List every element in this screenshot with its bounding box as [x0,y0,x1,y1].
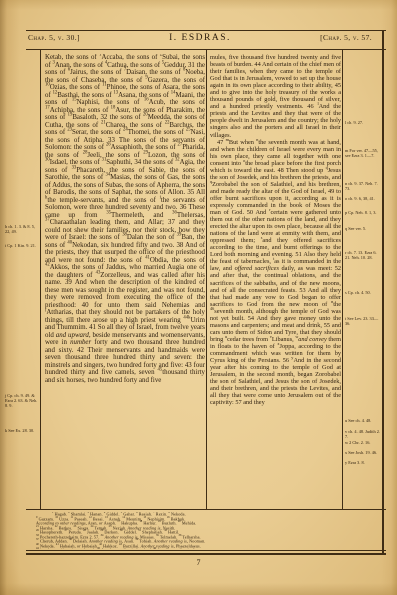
margin-reference-note: k See Ex. 28. 30. [5,428,38,433]
book-title: I. ESDRAS. [169,33,231,43]
margin-reference-note: i Cp. 1 Kin. 9. 21. [5,243,38,248]
page-number: 7 [0,558,397,567]
margin-reference-note: n ch. 9. 37. Neh. 7. 73. [345,181,382,191]
text-column-right: mules, five thousand five hundred twenty… [210,54,341,507]
verse-paragraph: mules, five thousand five hundred twenty… [210,54,341,139]
verse-paragraph: 47 mBut when nthe seventh month was at h… [210,139,341,407]
margin-reference-note: j Cp. ch. 9. 49. & Ezra 2. 63. & Neh. 8.… [5,393,38,408]
margin-reference-note: u See ch. 4. 48. [345,418,382,423]
right-margin-references: l ch. 9. 27.m For ver. 47—55, see Ezra 3… [345,50,382,509]
margin-reference-note: q See ver. 5. [345,226,382,231]
margin-reference-note: t See Lev. 23. 33—36. [345,316,382,326]
footnote-line: 44 i.e. the manifestation and truth. 45 … [36,548,374,549]
footnote-block: 1 Hagab. 2 Shamlai. 3 Hanan. 4 Giddel. 5… [36,512,374,549]
left-margin-references: h ch. 1. 3. & 8. 5, 22, 49.i Cp. 1 Kin. … [5,50,38,509]
margin-reference-note: x See Josh. 19. 46. [345,450,382,455]
column-divider-rule [206,50,207,509]
top-rule [26,30,386,31]
scanned-book-page: Chap. 5, v. 30.] I. ESDRAS. [Chap. 5, v.… [0,0,397,595]
right-margin-rule [342,50,343,509]
margin-reference-note: p Cp. Neh. 8. 1, 3. [345,210,382,215]
margin-reference-note: h ch. 1. 3. & 8. 5, 22, 49. [5,224,38,234]
margin-reference-note: s Cp. ch. 4. 50. [345,290,382,295]
page-header: Chap. 5, v. 30.] I. ESDRAS. [Chap. 5, v.… [28,33,372,48]
margin-reference-note: w 2 Chr. 2. 16. [345,440,382,445]
outer-right-rule [382,30,384,555]
margin-reference-note: m For ver. 47—55, see Ezra 3. 1—7. [345,148,382,158]
bottom-rule-thin [26,550,386,551]
text-column-left: Ketab, the sons of 1Accaba, the sons of … [45,54,205,507]
footnote-separator-rule [26,509,386,510]
verse-paragraph: Ketab, the sons of 1Accaba, the sons of … [45,54,205,384]
margin-reference-note: l ch. 9. 27. [345,120,382,125]
margin-reference-note: r ch. 7. 13. Ezra 6. 21. Neh. 10. 28. [345,250,382,260]
header-chapter-verse-left: Chap. 5, v. 30.] [28,33,80,42]
bottom-rule-thick [26,553,386,555]
left-margin-rule [40,50,41,509]
margin-reference-note: y Ezra 3. 8. [345,460,382,465]
margin-reference-note: o ch. 9. 6, 38, 41. [345,196,382,201]
header-chapter-verse-right: [Chap. 5, v. 57. [320,33,372,42]
margin-reference-note: v ch. 4. 48. Judith 2. 7. [345,429,382,439]
